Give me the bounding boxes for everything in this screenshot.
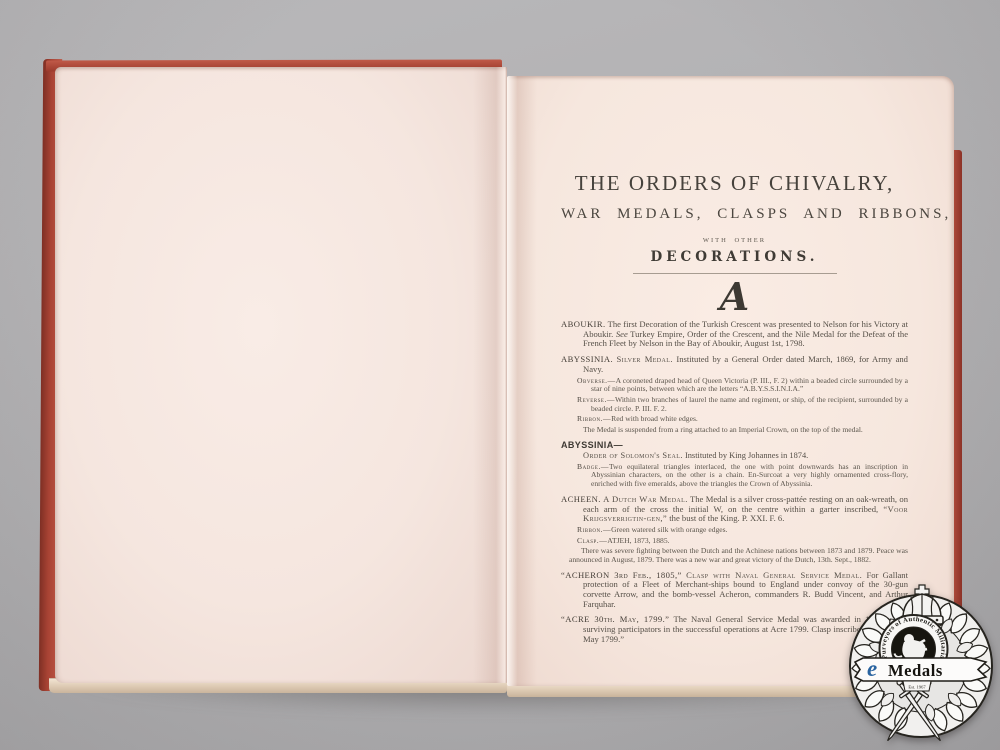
detail-ribbon: Ribbon.—Red with broad white edges. [591, 415, 908, 424]
detail-label: Clasp.— [577, 536, 607, 545]
title-line-3: WITH OTHER [561, 237, 908, 244]
entry-subterm: Order of Solomon's Seal. [583, 451, 683, 460]
section-initial-letter: A [561, 278, 908, 316]
entry-term: ABYSSINIA— [561, 440, 623, 450]
detail-ribbon: Ribbon.—Green watered silk with orange e… [591, 526, 908, 535]
entry-acheen: ACHEEN. A Dutch War Medal. The Medal is … [561, 495, 908, 524]
entry-subterm: Silver Medal. [617, 354, 673, 364]
entry-sub-line: Order of Solomon's Seal. Instituted by K… [583, 451, 908, 460]
entry-note: The Medal is suspended from a ring attac… [583, 426, 908, 435]
entry-subterm: A Dutch War Medal. [603, 494, 688, 504]
see-reference: See [616, 329, 628, 339]
title-line-2: WAR MEDALS, CLASPS AND RIBBONS, [561, 207, 908, 222]
detail-text: Two equilateral triangles interlaced, th… [591, 462, 908, 488]
detail-clasp: Clasp.—ATJEH, 1873, 1885. [591, 537, 908, 546]
detail-text: Within two branches of laurel the name a… [591, 395, 908, 413]
detail-text: Red with broad white edges. [611, 414, 698, 423]
entry-term: ACHEEN. [561, 494, 601, 504]
photo-of-open-book: THE ORDERS OF CHIVALRY, WAR MEDALS, CLAS… [0, 0, 1000, 750]
brand-name: Medals [888, 661, 943, 680]
entry-abyssinia-order: ABYSSINIA— [561, 441, 908, 451]
detail-reverse: Reverse.—Within two branches of laurel t… [591, 396, 908, 413]
left-page-blank [55, 67, 507, 683]
printed-text-area: THE ORDERS OF CHIVALRY, WAR MEDALS, CLAS… [561, 173, 908, 644]
entry-aboukir: ABOUKIR. The first Decoration of the Tur… [561, 320, 908, 349]
detail-text: Green watered silk with orange edges. [611, 525, 727, 534]
entry-term: “ACHERON 3rd Feb., 1805,” [561, 570, 682, 580]
title-line-4: DECORATIONS. [561, 250, 908, 264]
detail-label: Badge.— [577, 462, 609, 471]
detail-text: ATJEH, 1873, 1885. [607, 536, 669, 545]
entry-term: ABOUKIR. [561, 319, 606, 329]
detail-label: Ribbon.— [577, 525, 611, 534]
entry-subterm: Clasp with Naval General Service Medal. [686, 570, 862, 580]
entry-text: Instituted by King Johannes in 1874. [685, 451, 808, 460]
detail-label: Reverse.— [577, 395, 615, 404]
detail-badge: Badge.—Two equilateral triangles interla… [591, 463, 908, 489]
entry-abyssinia-medal: ABYSSINIA. Silver Medal. Instituted by a… [561, 355, 908, 374]
entry-term: “ACRE 30th. May, 1799.” [561, 614, 669, 624]
detail-text: A coroneted draped head of Queen Victori… [591, 376, 908, 394]
brand-letter-e: e [867, 656, 877, 681]
emedals-watermark-badge: Purveyors of Authentic Militaria e Medal… [843, 582, 1000, 744]
entry-text: the bust of the King. P. XXI. F. 6. [669, 513, 784, 523]
detail-label: Obverse.— [577, 376, 616, 385]
entry-note: There was severe fighting between the Du… [569, 547, 908, 564]
detail-obverse: Obverse.—A coroneted draped head of Quee… [591, 377, 908, 394]
established-year: Est. 1967 [908, 685, 926, 690]
entry-text: Turkey Empire, Order of the Crescent, an… [583, 329, 908, 349]
entry-term: ABYSSINIA. [561, 354, 613, 364]
title-line-1: THE ORDERS OF CHIVALRY, [561, 173, 908, 194]
detail-label: Ribbon.— [577, 414, 611, 423]
